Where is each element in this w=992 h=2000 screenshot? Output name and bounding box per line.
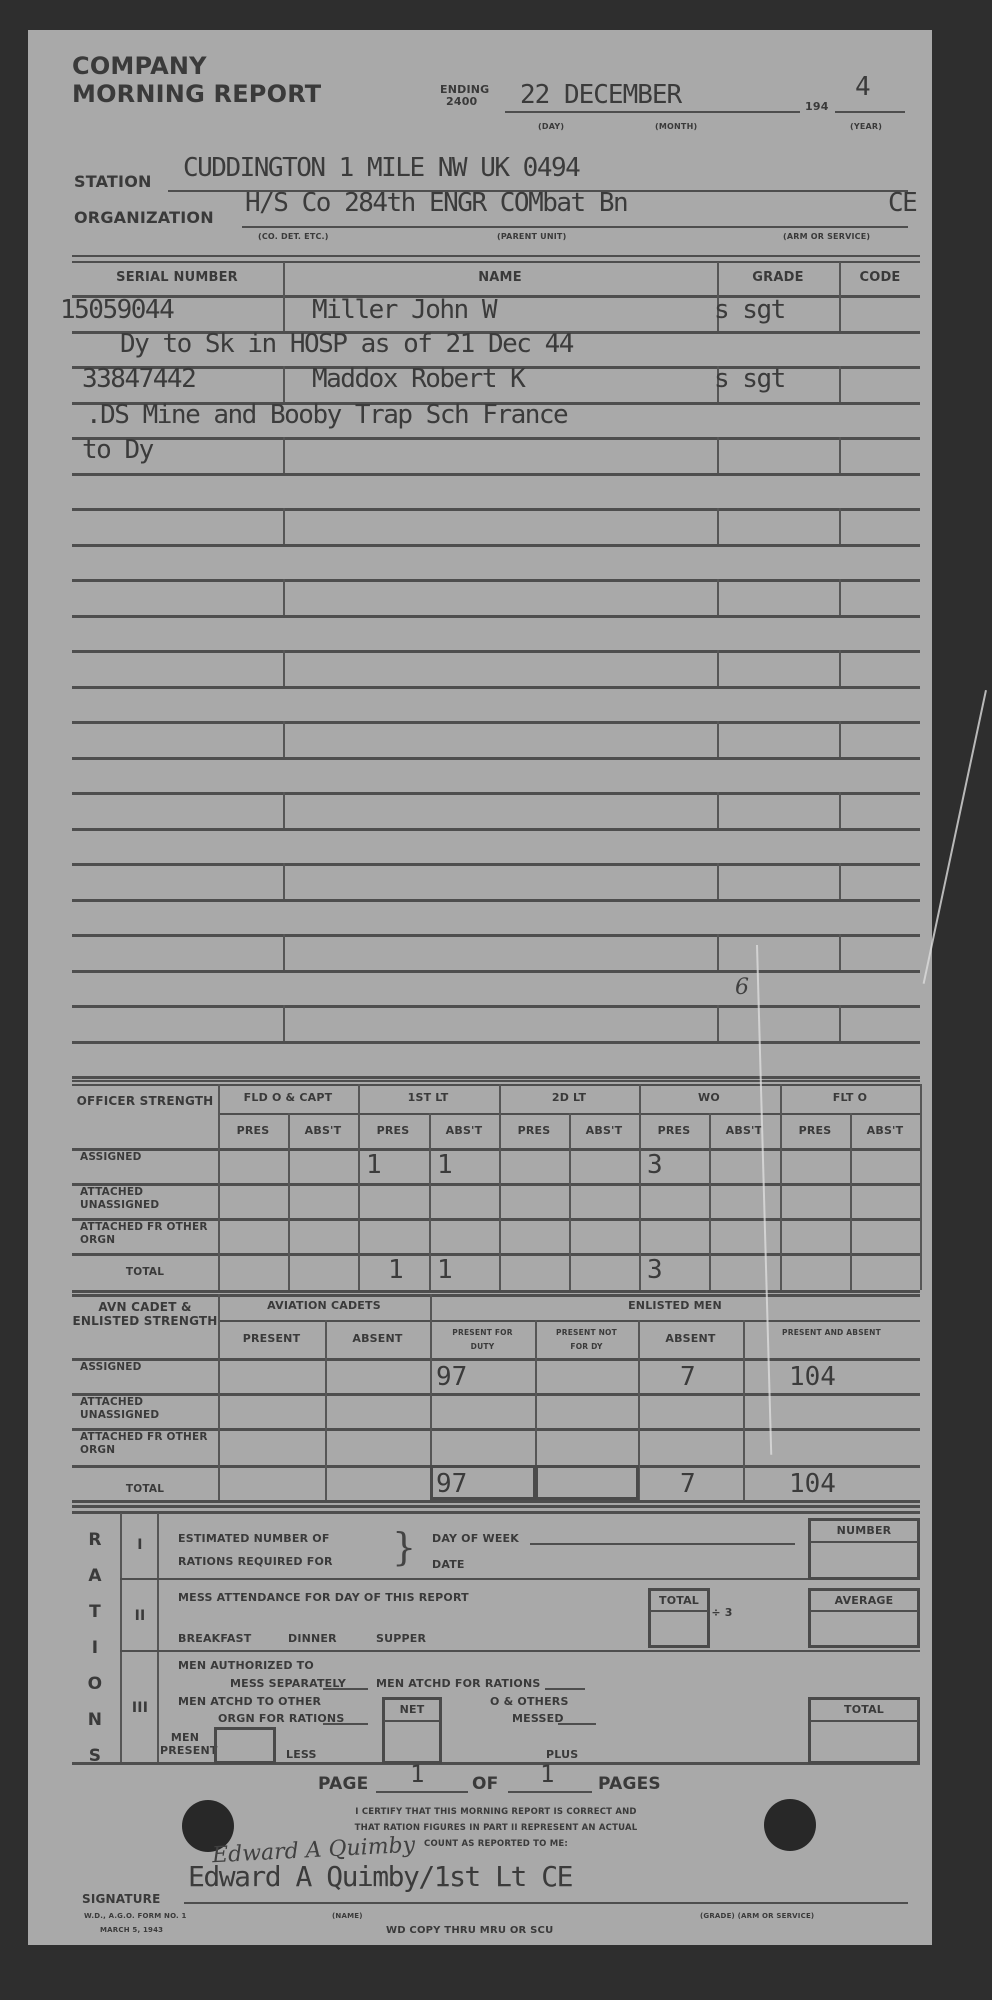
- col-divider: [839, 792, 841, 828]
- station-label: STATION: [74, 172, 152, 191]
- col-divider: [839, 262, 841, 295]
- col-divider: [717, 437, 719, 473]
- officer-subcol-header: ABS'T: [429, 1124, 499, 1137]
- col-divider: [283, 792, 285, 828]
- rule: [72, 1253, 920, 1256]
- copy-note: WD COPY THRU MRU OR SCU: [386, 1925, 553, 1936]
- row-rule: [72, 579, 920, 582]
- col-divider: [283, 863, 285, 899]
- men-present-label: MEN PRESENT: [160, 1731, 210, 1757]
- officer-strength-title: OFFICER STRENGTH: [72, 1094, 218, 1108]
- officer-count-cell: 1: [437, 1255, 453, 1285]
- men-authorized-label: MEN AUTHORIZED TO: [178, 1659, 314, 1672]
- roster-top-rule: [72, 255, 920, 257]
- officer-subcol-header: ABS'T: [288, 1124, 358, 1137]
- row-rule: [72, 508, 920, 511]
- col-divider: [283, 1005, 285, 1041]
- row-rule: [72, 615, 920, 618]
- organization-underline: [242, 226, 908, 228]
- signature-label: SIGNATURE: [82, 1892, 161, 1906]
- arm-caption: (ARM OR SERVICE): [783, 232, 870, 241]
- enlisted-strength-title: AVN CADET & ENLISTED STRENGTH: [72, 1300, 218, 1328]
- officer-subcol-header: ABS'T: [850, 1124, 920, 1137]
- col-divider: [429, 1113, 431, 1290]
- col-divider: [288, 1113, 290, 1290]
- row-rule: [72, 544, 920, 547]
- col-divider: [743, 1320, 745, 1500]
- enlisted-col-header: PRESENT AND ABSENT: [743, 1326, 920, 1340]
- officer-subcol-header: PRES: [218, 1124, 288, 1137]
- arm-value: CE: [888, 188, 916, 218]
- page-label: PAGE: [318, 1774, 368, 1794]
- estimated-rations-line1: ESTIMATED NUMBER OF: [178, 1532, 330, 1545]
- of-label: OF: [472, 1774, 498, 1794]
- row-rule: [72, 899, 920, 902]
- rations-top-rule: [72, 1511, 920, 1514]
- rule: [218, 1320, 920, 1322]
- roster-header-rule: [72, 295, 920, 298]
- organization-label: ORGANIZATION: [74, 208, 214, 227]
- certify-line-2: THAT RATION FIGURES IN PART II REPRESENT…: [290, 1820, 702, 1836]
- rations-divider: [120, 1513, 122, 1762]
- col-divider: [218, 1084, 220, 1290]
- col-serial-number: SERIAL NUMBER: [72, 270, 282, 285]
- year-underline: [835, 111, 905, 113]
- col-divider: [717, 934, 719, 970]
- enlisted-row-label: ATTACHED UNASSIGNED: [80, 1396, 210, 1422]
- enlisted-col-header: ABSENT: [325, 1332, 430, 1346]
- report-date: 22 DECEMBER: [520, 80, 681, 110]
- serial-number: 15059044: [60, 295, 173, 325]
- organization-value: H/S Co 284th ENGR COMbat Bn: [245, 188, 627, 218]
- ending-label: ENDING 2400: [440, 84, 489, 108]
- men-present-line2: PRESENT: [160, 1744, 210, 1757]
- box-rule: [650, 1610, 708, 1612]
- row-rule: [72, 650, 920, 653]
- total-pages: 1: [540, 1760, 554, 1788]
- row-rule: [72, 473, 920, 476]
- col-divider: [283, 934, 285, 970]
- rations-divider: [157, 1513, 159, 1762]
- average-label: AVERAGE: [808, 1594, 920, 1607]
- rations-letter: O: [80, 1666, 110, 1702]
- ending-label-2: 2400: [440, 96, 489, 108]
- col-divider: [839, 650, 841, 686]
- serial-number: 33847442: [82, 364, 195, 394]
- enlisted-col-header: PRESENT: [218, 1332, 325, 1346]
- col-divider: [839, 295, 841, 331]
- row-rule: [72, 437, 920, 440]
- col-divider: [717, 508, 719, 544]
- men-atchd-other-label: MEN ATCHD TO OTHER: [178, 1695, 321, 1708]
- col-divider: [839, 579, 841, 615]
- col-divider: [283, 366, 285, 402]
- officer-subcol-header: PRES: [780, 1124, 850, 1137]
- net-label: NET: [382, 1703, 442, 1716]
- col-divider: [839, 437, 841, 473]
- col-divider: [569, 1113, 571, 1290]
- estimated-rations-line2: RATIONS REQUIRED FOR: [178, 1555, 333, 1568]
- rations-total-label: TOTAL: [808, 1703, 920, 1716]
- grade: s sgt: [714, 364, 785, 394]
- officer-count-cell: 1: [388, 1255, 404, 1285]
- col-divider: [218, 1294, 220, 1500]
- col-divider: [717, 579, 719, 615]
- roster-bottom-rule: [72, 1076, 920, 1079]
- row-rule: [72, 721, 920, 724]
- others-label: O & OTHERS: [490, 1695, 569, 1708]
- enlisted-count-cell: 104: [789, 1469, 836, 1499]
- rations-bottom-rule: [72, 1762, 920, 1765]
- mess-attendance-title: MESS ATTENDANCE FOR DAY OF THIS REPORT: [178, 1591, 469, 1604]
- month-caption: (MONTH): [655, 122, 697, 131]
- orgn-for-rations-field[interactable]: [323, 1723, 368, 1725]
- officer-subcol-header: ABS'T: [569, 1124, 639, 1137]
- row-rule: [72, 686, 920, 689]
- col-divider: [283, 508, 285, 544]
- col-divider: [850, 1113, 852, 1290]
- men-atchd-for-rations-field[interactable]: [545, 1688, 585, 1690]
- officer-group-header: 2D LT: [499, 1091, 639, 1104]
- col-divider: [283, 437, 285, 473]
- co-caption: (CO. DET. ETC.): [258, 232, 329, 241]
- film-scratch: [923, 690, 987, 984]
- less-label: LESS: [286, 1748, 317, 1761]
- title-line-1: COMPANY: [72, 52, 321, 80]
- divide-by-three: ÷ 3: [710, 1606, 734, 1620]
- supper-label: SUPPER: [376, 1632, 426, 1645]
- rations-letter: T: [80, 1594, 110, 1630]
- number-label: NUMBER: [808, 1524, 920, 1537]
- aviation-cadets-header: AVIATION CADETS: [218, 1299, 430, 1312]
- day-caption: (DAY): [538, 122, 564, 131]
- rations-side-label: RATIONS: [80, 1522, 110, 1774]
- officer-row-label: ASSIGNED: [80, 1151, 210, 1164]
- officer-subcol-header: ABS'T: [709, 1124, 779, 1137]
- col-divider: [283, 650, 285, 686]
- col-grade: GRADE: [718, 270, 838, 285]
- form-number: W.D., A.G.O. FORM NO. 1: [84, 1912, 187, 1920]
- row-rule: [72, 828, 920, 831]
- row-rule: [72, 1005, 920, 1008]
- col-divider: [839, 1005, 841, 1041]
- men-present-line1: MEN: [160, 1731, 210, 1744]
- date-underline: [505, 111, 800, 113]
- rule: [72, 1294, 920, 1297]
- col-divider: [717, 1005, 719, 1041]
- box-rule: [810, 1610, 918, 1612]
- officer-subcol-header: PRES: [499, 1124, 569, 1137]
- breakfast-label: BREAKFAST: [178, 1632, 251, 1645]
- col-divider: [839, 863, 841, 899]
- section-3-numeral: III: [128, 1700, 152, 1716]
- box-rule: [810, 1720, 918, 1722]
- officer-subcol-header: PRES: [358, 1124, 428, 1137]
- punch-hole-right: [764, 1799, 816, 1851]
- enlisted-row-label: TOTAL: [80, 1483, 210, 1496]
- col-divider: [717, 721, 719, 757]
- row-rule: [72, 970, 920, 973]
- rations-letter: R: [80, 1522, 110, 1558]
- rations-letter: A: [80, 1558, 110, 1594]
- brace: }: [392, 1527, 416, 1567]
- row-rule: [72, 757, 920, 760]
- enlisted-col-header: PRESENT FOR DUTY: [430, 1326, 535, 1354]
- certify-line-1: I CERTIFY THAT THIS MORNING REPORT IS CO…: [290, 1804, 702, 1820]
- box-rule: [810, 1541, 918, 1543]
- rule: [72, 1084, 920, 1086]
- form-title: COMPANY MORNING REPORT: [72, 52, 321, 108]
- col-divider: [780, 1084, 782, 1290]
- row-rule: [72, 1041, 920, 1044]
- enlisted-count-cell: 7: [680, 1469, 696, 1499]
- year-prefix: 194: [805, 100, 829, 113]
- col-divider: [839, 366, 841, 402]
- typed-signatory-name: Edward A Quimby/1st Lt CE: [188, 1860, 572, 1893]
- mess-total-label: TOTAL: [648, 1594, 710, 1607]
- dinner-label: DINNER: [288, 1632, 337, 1645]
- col-divider: [717, 792, 719, 828]
- name-caption: (NAME): [332, 1912, 363, 1920]
- grade: s sgt: [714, 295, 785, 325]
- section-1-numeral: I: [128, 1537, 152, 1553]
- col-divider: [717, 262, 719, 295]
- officer-row-label: ATTACHED UNASSIGNED: [80, 1186, 210, 1212]
- col-divider: [839, 721, 841, 757]
- rations-letter: N: [80, 1702, 110, 1738]
- rations-row-rule: [120, 1578, 840, 1580]
- officer-count-cell: 1: [366, 1150, 382, 1180]
- officer-row-label: ATTACHED FR OTHER ORGN: [80, 1221, 210, 1247]
- rations-row-rule: [120, 1650, 920, 1652]
- status-remark: .DS Mine and Booby Trap Sch France: [86, 400, 567, 430]
- rations-letter: S: [80, 1738, 110, 1774]
- status-remark: Dy to Sk in HOSP as of 21 Dec 44: [120, 329, 573, 359]
- col-divider: [717, 863, 719, 899]
- col-divider: [283, 721, 285, 757]
- total-present-not-duty-box: [535, 1465, 639, 1500]
- soldier-name: Miller John W: [312, 295, 496, 325]
- handwritten-check-mark: 6: [735, 975, 749, 1000]
- row-rule: [72, 792, 920, 795]
- col-name: NAME: [284, 270, 716, 285]
- total-present-duty-box: [430, 1465, 536, 1500]
- rule: [72, 1290, 920, 1293]
- col-divider: [639, 1084, 641, 1290]
- officer-group-header: WO: [639, 1091, 779, 1104]
- officer-subcol-header: PRES: [639, 1124, 709, 1137]
- enlisted-count-cell: 104: [789, 1362, 836, 1392]
- enlisted-row-label: ATTACHED FR OTHER ORGN: [80, 1431, 210, 1457]
- box-rule: [384, 1720, 440, 1722]
- col-divider: [709, 1113, 711, 1290]
- col-divider: [283, 295, 285, 331]
- soldier-name: Maddox Robert K: [312, 364, 524, 394]
- enlisted-count-cell: 97: [436, 1362, 467, 1392]
- year-caption: (YEAR): [850, 122, 882, 131]
- col-divider: [499, 1084, 501, 1290]
- rations-letter: I: [80, 1630, 110, 1666]
- officer-count-cell: 1: [437, 1150, 453, 1180]
- col-divider: [325, 1320, 327, 1500]
- enlisted-men-header: ENLISTED MEN: [430, 1299, 920, 1312]
- date-label: DATE: [432, 1558, 465, 1571]
- enlisted-count-cell: 7: [680, 1362, 696, 1392]
- page-number: 1: [410, 1760, 424, 1788]
- pages-label: PAGES: [598, 1774, 661, 1794]
- status-remark-continued: to Dy: [82, 435, 153, 465]
- officer-count-cell: 3: [647, 1255, 663, 1285]
- section-2-numeral: II: [128, 1608, 152, 1624]
- day-of-week-field[interactable]: [530, 1543, 795, 1545]
- col-divider: [283, 579, 285, 615]
- page-underline: [376, 1791, 468, 1793]
- col-code: CODE: [840, 270, 920, 285]
- station-value: CUDDINGTON 1 MILE NW UK 0494: [183, 153, 579, 183]
- title-line-2: MORNING REPORT: [72, 80, 321, 108]
- rule: [72, 1080, 920, 1082]
- men-atchd-for-rations-label: MEN ATCHD FOR RATIONS: [376, 1677, 540, 1690]
- officer-group-header: FLD O & CAPT: [218, 1091, 358, 1104]
- men-present-box[interactable]: [214, 1727, 276, 1764]
- report-year: 4: [855, 72, 871, 102]
- rule: [72, 1505, 920, 1508]
- col-divider: [358, 1084, 360, 1290]
- col-divider: [839, 508, 841, 544]
- roster-top-rule-2: [72, 261, 920, 263]
- col-divider: [920, 1084, 922, 1290]
- row-rule: [72, 934, 920, 937]
- parent-unit-caption: (PARENT UNIT): [497, 232, 566, 241]
- row-rule: [72, 863, 920, 866]
- form-date: MARCH 5, 1943: [100, 1926, 163, 1934]
- others-messed-field[interactable]: [558, 1723, 596, 1725]
- officer-count-cell: 3: [647, 1150, 663, 1180]
- officer-group-header: FLT O: [780, 1091, 920, 1104]
- pages-underline: [508, 1791, 592, 1793]
- enlisted-col-header: ABSENT: [638, 1332, 743, 1346]
- enlisted-col-header: PRESENT NOT FOR DY: [535, 1326, 638, 1354]
- enlisted-row-label: ASSIGNED: [80, 1361, 210, 1374]
- grade-arm-caption: (GRADE) (ARM OR SERVICE): [700, 1912, 814, 1920]
- signature-line[interactable]: [184, 1902, 908, 1904]
- officer-row-label: TOTAL: [80, 1266, 210, 1279]
- rule: [72, 1500, 920, 1503]
- officer-group-header: 1ST LT: [358, 1091, 498, 1104]
- col-divider: [717, 650, 719, 686]
- messed-label: MESSED: [512, 1712, 564, 1725]
- day-of-week-label: DAY OF WEEK: [432, 1532, 519, 1545]
- col-divider: [839, 934, 841, 970]
- col-divider: [283, 262, 285, 295]
- mess-separately-field[interactable]: [323, 1688, 368, 1690]
